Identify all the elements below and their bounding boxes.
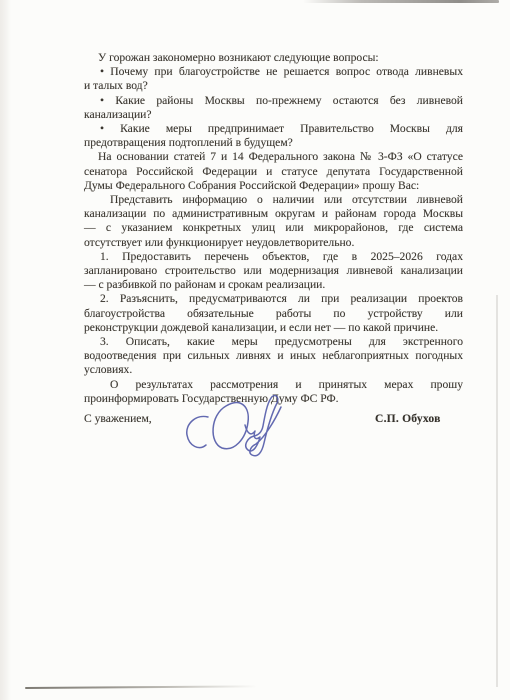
letter-line: канализации? <box>84 108 463 122</box>
letter-line: 2. Разъяснить, предусматриваются ли при … <box>84 292 463 306</box>
letter-line: О результатах рассмотрения и принятых ме… <box>84 378 463 392</box>
letter-body: У горожан закономерно возникают следующи… <box>84 51 463 406</box>
letter-line: Представить информацию о наличии или отс… <box>84 193 463 207</box>
letter-line: 3. Описать, какие меры предусмотрены для… <box>84 335 463 349</box>
scan-top-edge-line <box>303 0 499 3</box>
letter-line: — с разбивкой по районам и срокам реализ… <box>84 278 463 292</box>
scan-left-edge-shadow <box>0 0 11 700</box>
closing-salutation: С уважением, <box>84 412 152 425</box>
handwritten-signature-icon <box>178 391 292 473</box>
letter-line: и талых вод? <box>84 79 463 93</box>
scan-bottom-line <box>25 685 257 689</box>
letter-line: реконструкции дождевой канализации, и ес… <box>84 321 463 335</box>
letter-line: запланировано строительство или модерниз… <box>84 264 463 278</box>
scan-right-edge-line <box>496 295 498 687</box>
scanned-letter-page: { "colors": { "paper": "#fcfcfa", "ink":… <box>0 0 510 700</box>
letter-line: 1. Предоставить перечень объектов, где в… <box>84 250 463 264</box>
letter-line: • Почему при благоустройстве не решается… <box>84 65 463 79</box>
letter-line: • Какие районы Москвы по-прежнему остают… <box>84 94 463 108</box>
letter-line: • Какие меры предпринимает Правительство… <box>84 122 463 136</box>
signer-name: С.П. Обухов <box>375 412 441 426</box>
signature-strokes <box>187 396 281 456</box>
letter-line: благоустройства обязательные работы по у… <box>84 307 463 321</box>
letter-line: Думы Федерального Собрания Российской Фе… <box>84 179 463 193</box>
letter-line: — с указанием конкретных улиц или микрор… <box>84 221 463 235</box>
letter-line: У горожан закономерно возникают следующи… <box>84 51 463 65</box>
letter-line: предотвращения подтоплений в будущем? <box>84 136 463 150</box>
letter-line: канализации по административным округам … <box>84 207 463 221</box>
letter-line: условиях. <box>84 363 463 377</box>
letter-line: На основании статей 7 и 14 Федерального … <box>84 150 463 164</box>
letter-line: водоотведения при сильных ливнях и иных … <box>84 349 463 363</box>
letter-line: сенатора Российской Федерации и статусе … <box>84 165 463 179</box>
letter-line: отсутствует или функционирует неудовлетв… <box>84 236 463 250</box>
